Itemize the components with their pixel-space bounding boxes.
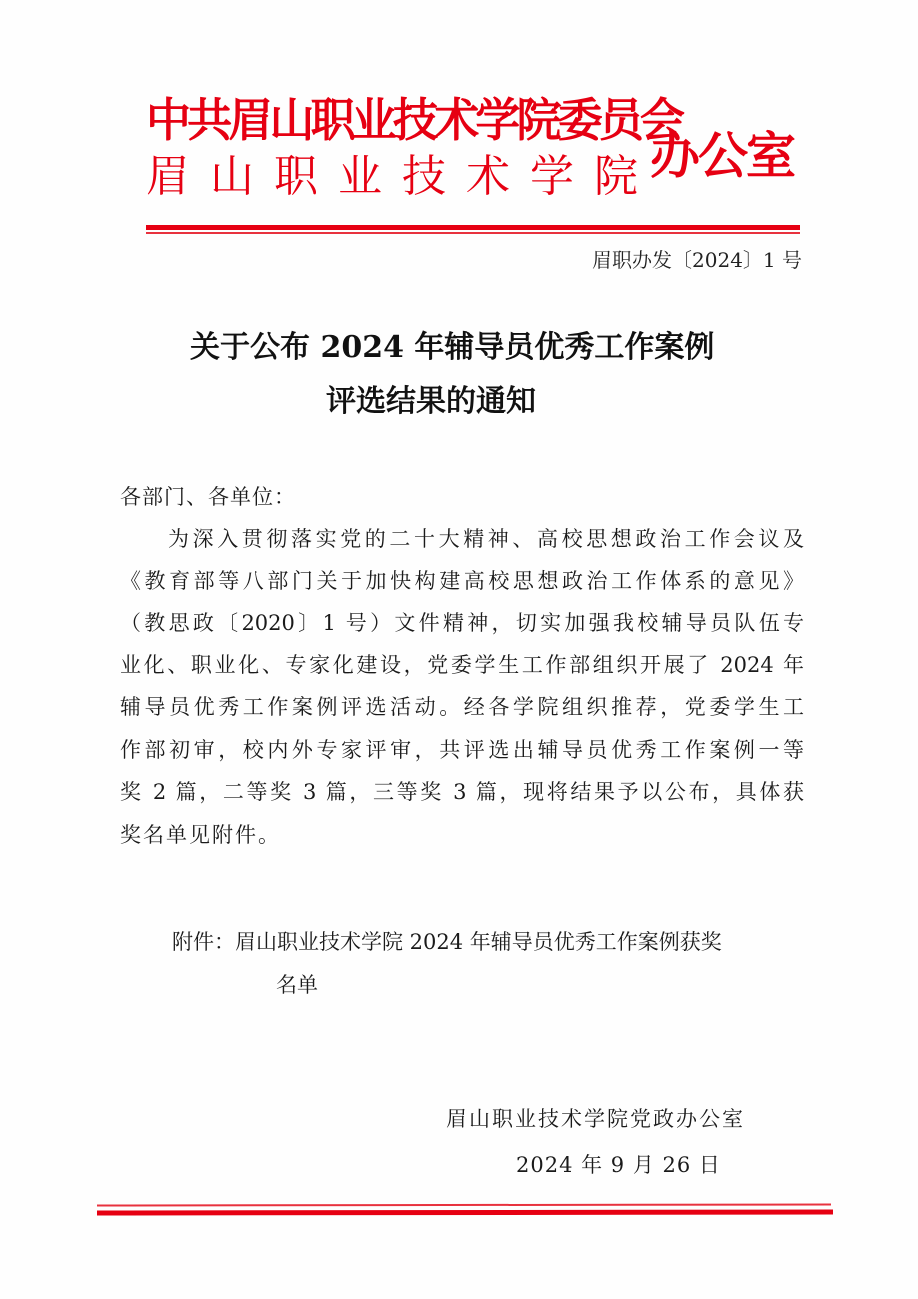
document-title-line-2: 评选结果的通知: [326, 382, 536, 422]
header-rule-thick: [146, 225, 800, 230]
body-line-2: 《教育部等八部门关于加快构建高校思想政治工作体系的意见》: [120, 566, 804, 596]
salutation: 各部门、各单位：: [120, 482, 296, 512]
body-line-3: （教思政〔2020〕1 号）文件精神，切实加强我校辅导员队伍专: [120, 608, 804, 638]
attachment-line-2: 名单: [276, 970, 318, 1000]
body-line-6: 作部初审，校内外专家评审，共评选出辅导员优秀工作案例一等: [120, 735, 804, 765]
header-rule-thin: [146, 232, 800, 234]
document-page: 中共眉山职业技术学院委员会 眉山职业技术学院 办公室 眉职办发〔2024〕1 号…: [0, 0, 918, 1299]
document-title-line-1: 关于公布 2024 年辅导员优秀工作案例: [190, 328, 714, 368]
body-line-8: 奖名单见附件。: [120, 820, 281, 850]
footer-rule-thin: [97, 1203, 831, 1206]
issuer-signature: 眉山职业技术学院党政办公室: [446, 1104, 745, 1134]
footer-rule-thick: [97, 1209, 833, 1215]
issue-date: 2024 年 9 月 26 日: [516, 1150, 721, 1180]
letterhead-office: 办公室: [650, 128, 794, 184]
body-line-5: 辅导员优秀工作案例评选活动。经各学院组织推荐，党委学生工: [120, 692, 804, 722]
letterhead-party-committee: 中共眉山职业技术学院委员会: [146, 94, 681, 146]
body-line-4: 业化、职业化、专家化建设，党委学生工作部组织开展了 2024 年: [120, 650, 804, 680]
body-line-7: 奖 2 篇，二等奖 3 篇，三等奖 3 篇，现将结果予以公布，具体获: [120, 777, 804, 807]
body-line-1: 为深入贯彻落实党的二十大精神、高校思想政治工作会议及: [168, 524, 804, 554]
attachment-line-1: 附件：眉山职业技术学院 2024 年辅导员优秀工作案例获奖: [172, 927, 722, 957]
document-number: 眉职办发〔2024〕1 号: [592, 245, 802, 275]
letterhead-college-name: 眉山职业技术学院: [146, 150, 658, 204]
